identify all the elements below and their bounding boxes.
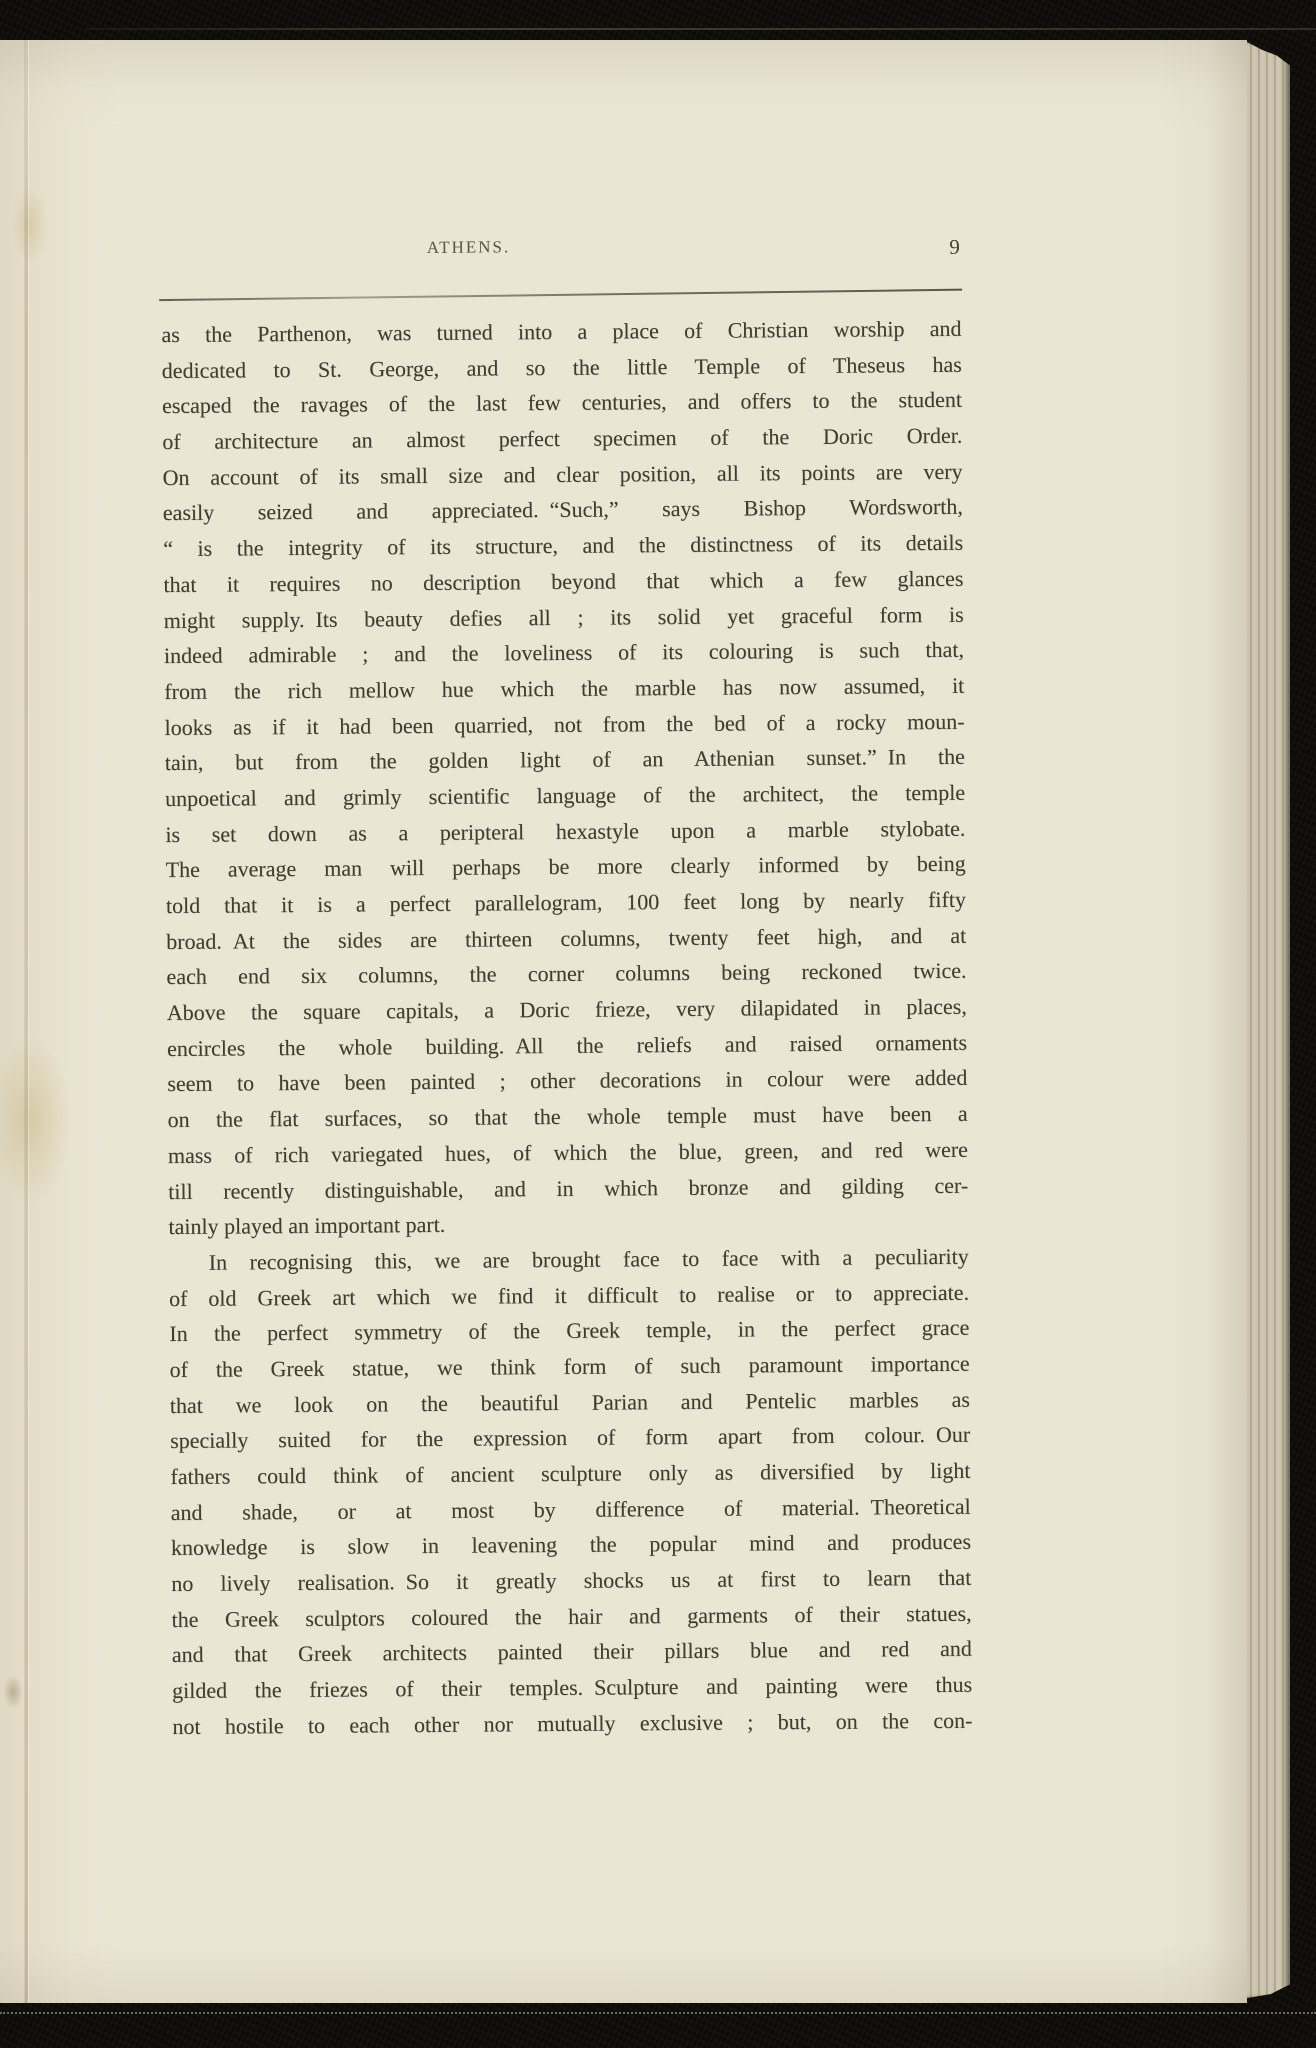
text-line: on the flat surfaces, so that the whole … (167, 1096, 967, 1138)
text-line: “ is the integrity of its structure, and… (163, 525, 963, 567)
book-page: ATHENS. 9 as the Parthenon, was turned i… (0, 40, 1247, 2003)
text-line: indeed admirable ; and the loveliness of… (164, 632, 964, 674)
page-content: ATHENS. 9 as the Parthenon, was turned i… (0, 32, 1255, 2005)
cover-bottom-stitch-line (0, 2012, 1316, 2014)
page-number: 9 (894, 235, 960, 261)
text-line: of architecture an almost perfect specim… (162, 418, 962, 460)
text-line: from the rich mellow hue which the marbl… (164, 668, 964, 710)
text-line: gilded the friezes of their temples. Scu… (172, 1667, 972, 1709)
text-line: unpoetical and grimly scientific languag… (165, 775, 965, 817)
body-text: as the Parthenon, was turned into a plac… (161, 311, 972, 1745)
book-scan: ATHENS. 9 as the Parthenon, was turned i… (0, 0, 1316, 2048)
cover-top-seam (85, 28, 1316, 30)
text-line: as the Parthenon, was turned into a plac… (161, 311, 961, 353)
fore-edge-pages (1247, 42, 1290, 1998)
text-line: not hostile to each other nor mutually e… (172, 1703, 972, 1745)
text-line: fathers could think of ancient sculpture… (170, 1453, 970, 1495)
header-rule (159, 289, 962, 302)
text-line: told that it is a perfect parallelogram,… (166, 882, 966, 924)
text-line: In recognising this, we are brought face… (169, 1239, 969, 1281)
running-header-title: ATHENS. (427, 237, 511, 258)
text-line: no lively realisation. So it greatly sho… (171, 1560, 971, 1602)
text-line: of the Greek statue, we think form of su… (169, 1346, 969, 1388)
text-line: till recently distinguishable, and in wh… (168, 1167, 968, 1209)
text-line: Above the square capitals, a Doric friez… (167, 989, 967, 1031)
text-line: In the perfect symmetry of the Greek tem… (169, 1310, 969, 1352)
text-line: mass of rich variegated hues, of which t… (168, 1132, 968, 1174)
text-line: that it requires no description beyond t… (163, 561, 963, 603)
